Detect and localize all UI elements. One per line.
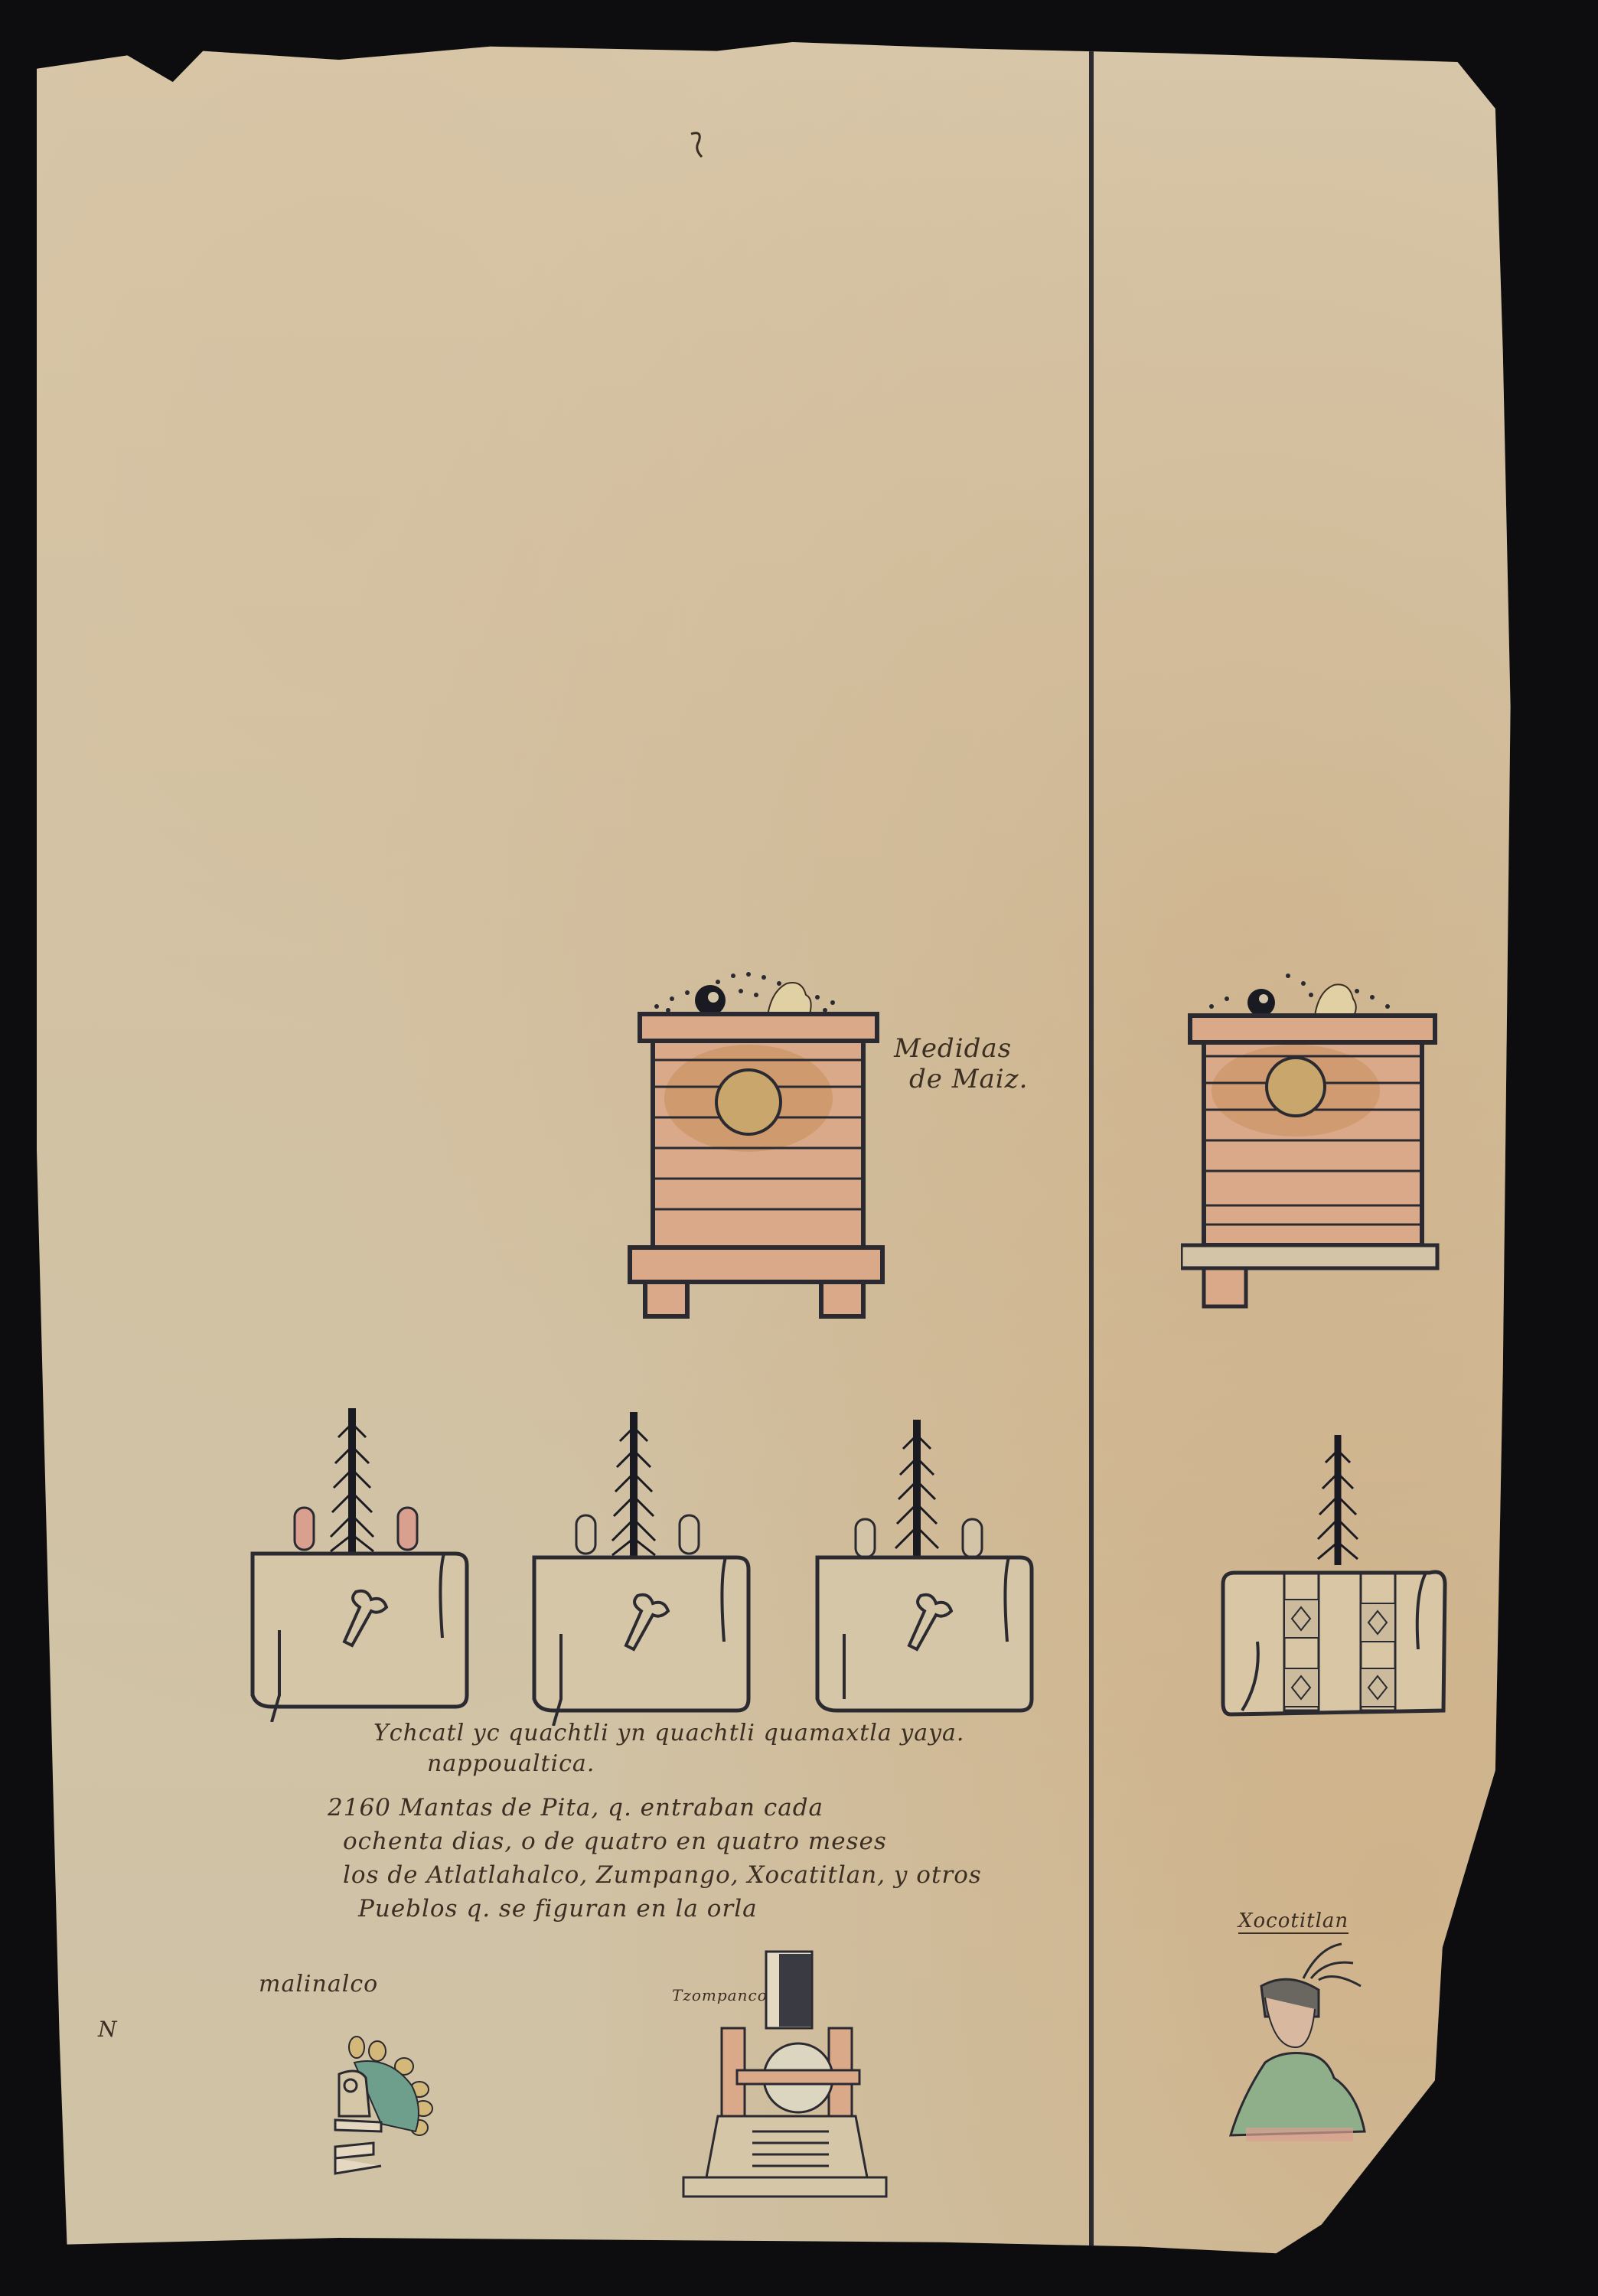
xocotitlan-label: Xocotitlan: [1238, 1910, 1349, 1934]
maize-bin-icon: [1181, 960, 1441, 1358]
nahuatl-caption: Ychcatl yc quachtli yn quachtli quamaxtl…: [373, 1718, 964, 1779]
codex-page: Medidas de Maiz.: [37, 42, 1548, 2258]
malinalco-label: malinalco: [259, 1971, 378, 1998]
maize-label: Medidas de Maiz.: [894, 1033, 1028, 1094]
tzompanco-glyph-icon: [676, 1948, 905, 2200]
decorated-mantle-icon: [1200, 1420, 1460, 1726]
maize-bin-icon: [626, 960, 902, 1358]
mantle-icon: [237, 1401, 475, 1722]
ink-mark: [683, 126, 714, 165]
xocotitlan-glyph-icon: [1212, 1932, 1388, 2162]
spanish-caption: 2160 Mantas de Pita, q. entraban cada oc…: [328, 1791, 982, 1926]
mantle-icon: [802, 1404, 1039, 1726]
malinalco-glyph-icon: [328, 2032, 465, 2185]
divider-line: [1089, 42, 1094, 2258]
mantle-icon: [519, 1404, 756, 1726]
margin-mark: N: [98, 2017, 118, 2042]
